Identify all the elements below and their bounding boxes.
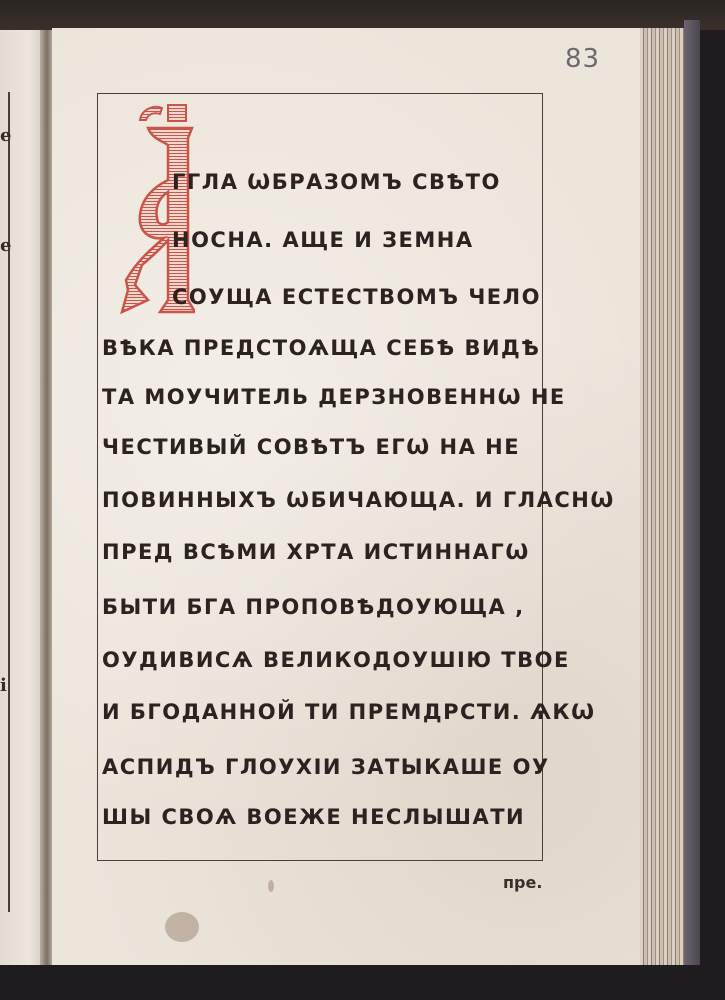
- catchword: пре.: [503, 873, 542, 892]
- manuscript-text-line: ОУДИВИСѦ ВЕЛИКОДОУШІЮ ТВОЕ: [102, 648, 570, 672]
- manuscript-text-line: ПОВИННЫХЪ ѠБИЧАЮЩА. И ГЛАСНѠ: [102, 488, 615, 512]
- manuscript-text-line: ВѢКА ПРЕДСТОѦЩА СЕБѢ ВИДѢ: [102, 336, 540, 360]
- page-stain: [268, 880, 274, 892]
- manuscript-text-line: БЫТИ БГА ПРОПОВѢДОУЮЩА ,: [102, 595, 525, 619]
- book-top-edge: [0, 0, 725, 30]
- left-page-frame-rule: [0, 92, 10, 912]
- left-page-fragment: е: [0, 235, 11, 256]
- manuscript-text-line: ШЫ СВОѦ ВОЕЖЕ НЕСЛЫШАТИ: [102, 805, 525, 829]
- illuminated-initial-icon: [120, 100, 195, 315]
- manuscript-text-line: И БГОДАННОЙ ТИ ПРЕМДРСТИ. ѦКѠ: [102, 700, 596, 724]
- manuscript-text-line: НОСНА. АЩЕ И ЗЕМНА: [172, 228, 474, 252]
- page-stain: [165, 912, 199, 942]
- left-page-fragment: і: [0, 675, 7, 696]
- manuscript-text-line: ПРЕД ВСѢМИ ХРТА ИСТИННАГѠ: [102, 540, 530, 564]
- manuscript-text-line: ЧЕСТИВЫЙ СОВѢТЪ ЕГѠ НА НЕ: [102, 435, 520, 459]
- left-page-fragment: е: [0, 125, 11, 146]
- manuscript-text-line: АСПИДЪ ГЛОУХІИ ЗАТЫКАШЕ ОУ: [102, 755, 550, 779]
- manuscript-text-line: СОУЩА ЕСТЕСТВОМЪ ЧЕЛО: [172, 285, 541, 309]
- book-cover-edge: [684, 20, 700, 970]
- page-block-edges: [640, 28, 685, 968]
- book-bottom-edge: [0, 965, 725, 1000]
- manuscript-text-line: ГГЛА ѠБРАЗОМЪ СВѢТО: [172, 170, 501, 194]
- manuscript-text-line: ТА МОУЧИТЕЛЬ ДЕРЗНОВЕННѠ НЕ: [102, 385, 566, 409]
- folio-number: 83: [565, 44, 600, 74]
